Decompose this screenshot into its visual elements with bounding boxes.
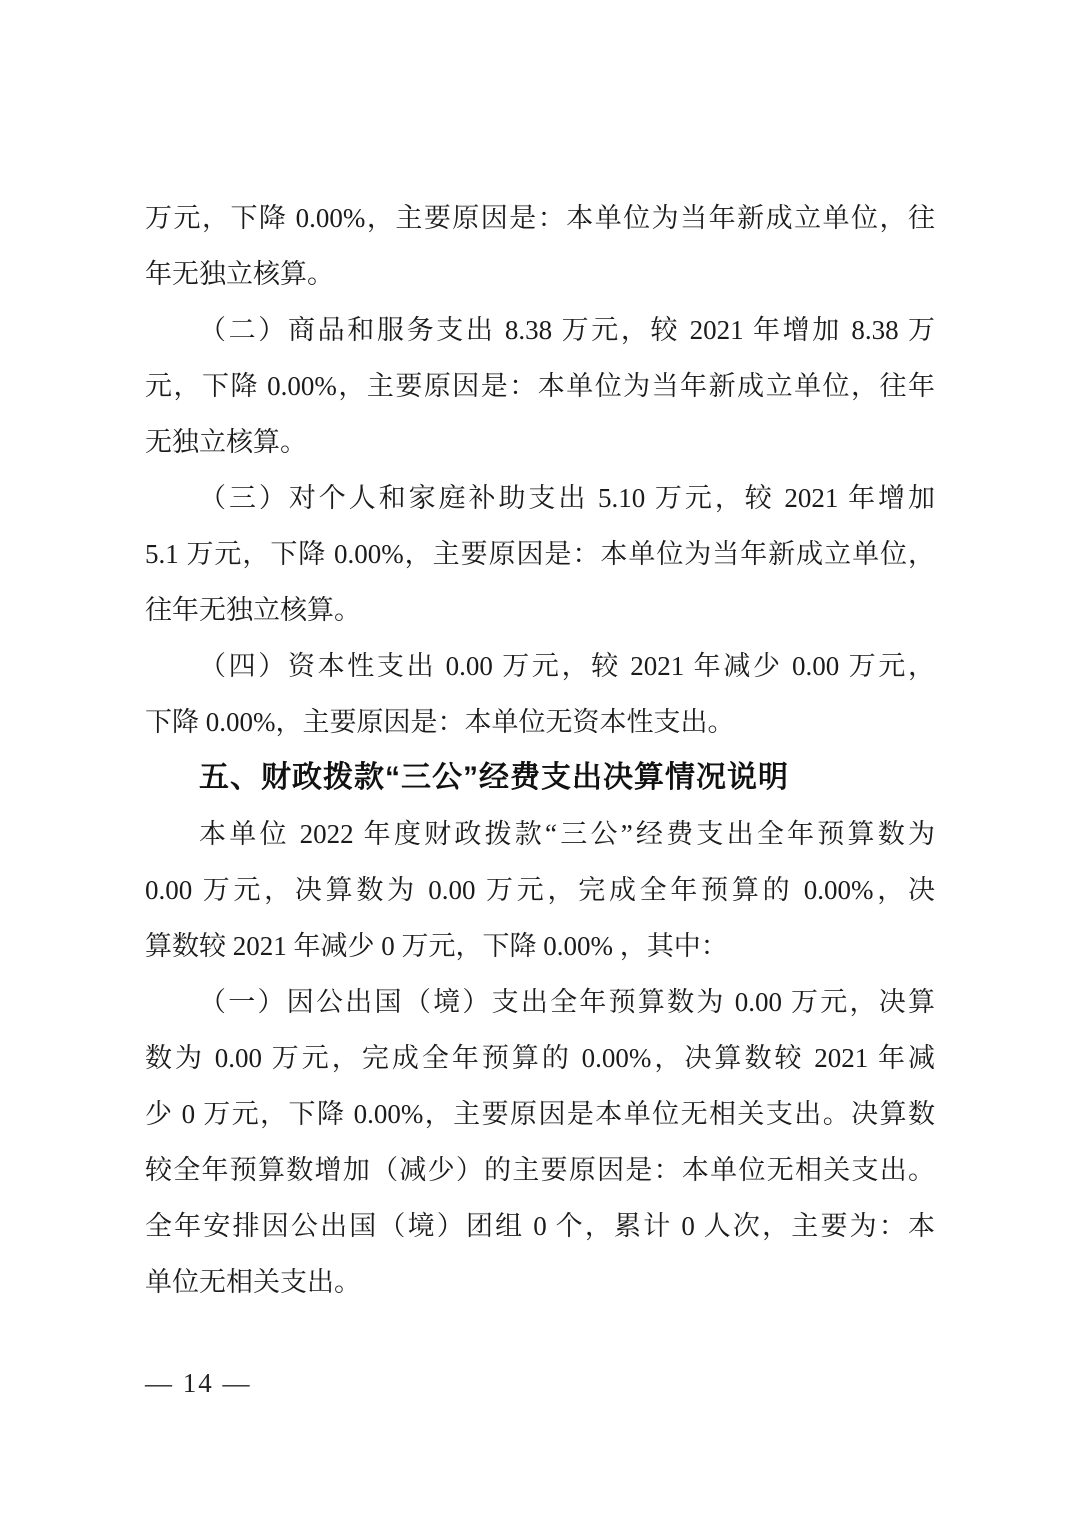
para-overseas-trips: （一）因公出国（境）支出全年预算数为 0.00 万元，决算 数为 0.00 万元… xyxy=(145,974,935,1310)
text-line: 5.1 万元，下降 0.00%，主要原因是：本单位为当年新成立单位， xyxy=(145,526,935,582)
text-line: 本单位 2022 年度财政拨款“三公”经费支出全年预算数为 xyxy=(145,806,935,862)
page-footer: — 14 — xyxy=(145,1362,252,1404)
text-line: 单位无相关支出。 xyxy=(145,1254,935,1310)
text-line: （四）资本性支出 0.00 万元，较 2021 年减少 0.00 万元， xyxy=(145,638,935,694)
page-number: — 14 — xyxy=(145,1368,252,1398)
para-three-public-overview: 本单位 2022 年度财政拨款“三公”经费支出全年预算数为 0.00 万元，决算… xyxy=(145,806,935,974)
text-line: 无独立核算。 xyxy=(145,414,935,470)
text-line: 0.00 万元，决算数为 0.00 万元，完成全年预算的 0.00%，决 xyxy=(145,862,935,918)
text-line: 少 0 万元，下降 0.00%，主要原因是本单位无相关支出。决算数 xyxy=(145,1086,935,1142)
text-line: 万元，下降 0.00%，主要原因是：本单位为当年新成立单位，往 xyxy=(145,190,935,246)
text-line: 年无独立核算。 xyxy=(145,246,935,302)
text-line: 算数较 2021 年减少 0 万元，下降 0.00% ，其中： xyxy=(145,918,935,974)
text-line: （二）商品和服务支出 8.38 万元，较 2021 年增加 8.38 万 xyxy=(145,302,935,358)
text-line: 往年无独立核算。 xyxy=(145,582,935,638)
text-line: （三）对个人和家庭补助支出 5.10 万元，较 2021 年增加 xyxy=(145,470,935,526)
text-line: 元，下降 0.00%，主要原因是：本单位为当年新成立单位，往年 xyxy=(145,358,935,414)
para-capital-expenditure: （四）资本性支出 0.00 万元，较 2021 年减少 0.00 万元， 下降 … xyxy=(145,638,935,750)
para-individual-family-subsidies: （三）对个人和家庭补助支出 5.10 万元，较 2021 年增加 5.1 万元，… xyxy=(145,470,935,638)
para-goods-and-services: （二）商品和服务支出 8.38 万元，较 2021 年增加 8.38 万 元，下… xyxy=(145,302,935,470)
text-line: 数为 0.00 万元，完成全年预算的 0.00%，决算数较 2021 年减 xyxy=(145,1030,935,1086)
text-line: （一）因公出国（境）支出全年预算数为 0.00 万元，决算 xyxy=(145,974,935,1030)
text-line: 较全年预算数增加（减少）的主要原因是：本单位无相关支出。 xyxy=(145,1142,935,1198)
section-heading-three-public-funds: 五、财政拨款“三公”经费支出决算情况说明 xyxy=(145,750,935,806)
document-page: 万元，下降 0.00%，主要原因是：本单位为当年新成立单位，往 年无独立核算。 … xyxy=(145,190,935,1310)
para-continued: 万元，下降 0.00%，主要原因是：本单位为当年新成立单位，往 年无独立核算。 xyxy=(145,190,935,302)
text-line: 下降 0.00%，主要原因是：本单位无资本性支出。 xyxy=(145,694,935,750)
text-line: 全年安排因公出国（境）团组 0 个，累计 0 人次，主要为：本 xyxy=(145,1198,935,1254)
